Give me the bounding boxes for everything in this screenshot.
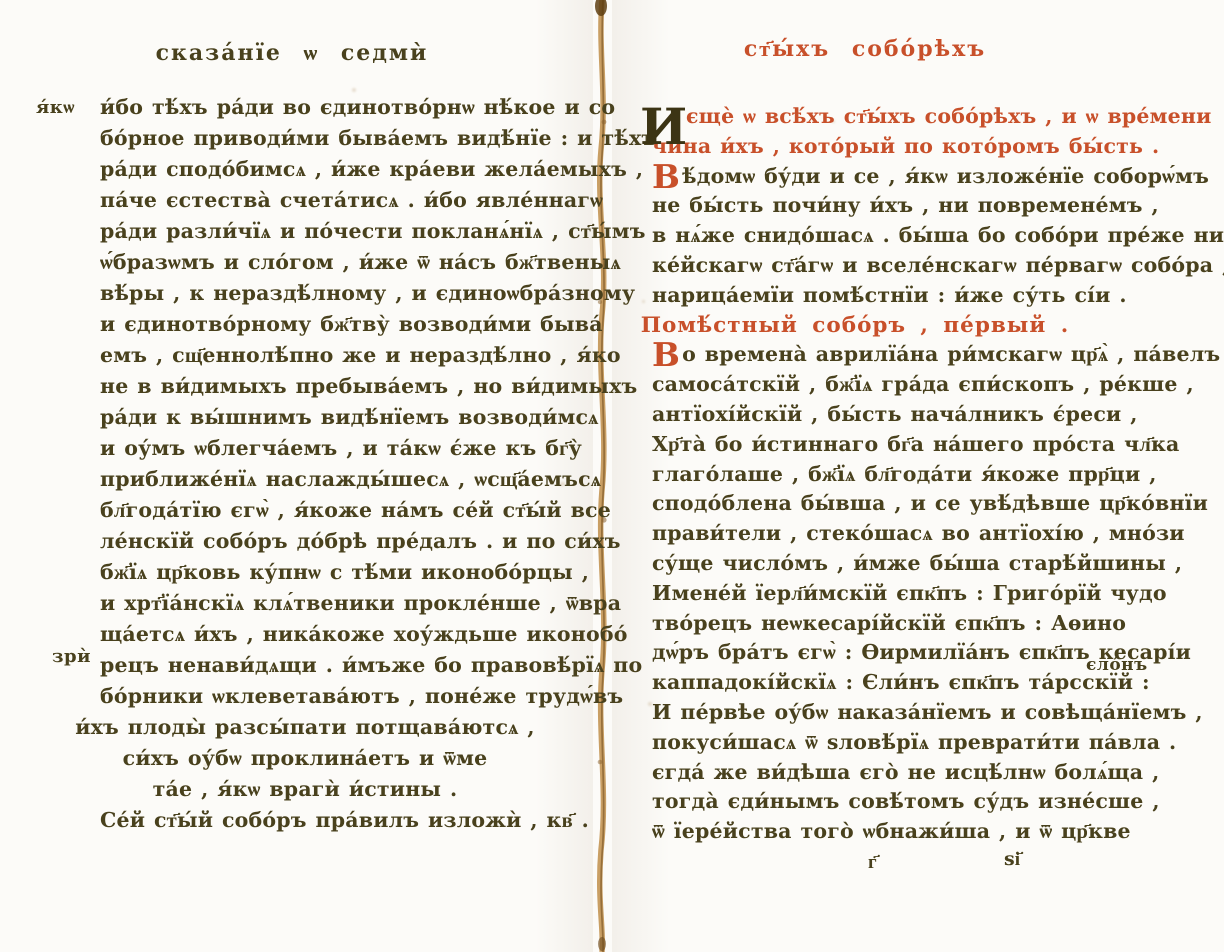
right-running-title: ст҃ы́хъ собо́рѣхъ [622, 36, 1108, 62]
paragraph: И пе́рвѣе оу́бѡ наказа́нїемъ и совѣща́нї… [652, 698, 1138, 847]
text-line: глаго́лаше , бж҃їѧ бл҃года́ти я́коже прр… [652, 460, 1138, 490]
text-line: прави́тели , стеко́шасѧ во антїохі́ю , м… [652, 519, 1138, 549]
text-line: и́хъ плоды̀ разсы́пати потщава́ютсѧ , [65, 712, 545, 743]
text-line: Хр҃та̀ бо и́стиннаго бг҃а на́шего про́ст… [652, 430, 1138, 460]
text-line: тогда̀ єди́нымъ совѣ́томъ су́дъ изне́сше… [652, 787, 1138, 817]
margin-note-zri: зрѝ [52, 646, 91, 667]
margin-note-jako: я́кѡ [36, 97, 75, 118]
text-line: ра́ди сподо́бимсѧ , и́же кра́еви жела́ем… [100, 154, 580, 185]
text-line: ле́нскїй собо́ръ до́брѣ пре́далъ . и по … [100, 526, 580, 557]
text-line: Иєщѐ ѡ всѣ́хъ ст҃ы́хъ собо́рѣхъ , и ѡ вр… [652, 102, 1138, 132]
text-line: су́ще число́мъ , и́мже бы́ша старѣ́йшины… [652, 549, 1138, 579]
folio-number: ѕі҃ [1004, 848, 1020, 871]
paragraph: Во времена̀ аврилїа́на ри́мскагѡ цр҃ѧ̀ ,… [652, 340, 1138, 698]
text-line: бж҃їѧ цр҃ковь ку́пнѡ с тѣ́ми иконобо́рцы… [100, 557, 580, 588]
text-line: чи́на и́хъ , кото́рый по кото́ромъ бы́ст… [652, 132, 1138, 162]
right-page-text: Иєщѐ ѡ всѣ́хъ ст҃ы́хъ собо́рѣхъ , и ѡ вр… [652, 102, 1138, 847]
right-page: ст҃ы́хъ собо́рѣхъ Иєщѐ ѡ всѣ́хъ ст҃ы́хъ … [652, 36, 1138, 936]
text-line: нарица́емїи помѣ́стнїи : и́же су́ть сі́и… [652, 281, 1138, 311]
text-line: И пе́рвѣе оу́бѡ наказа́нїемъ и совѣща́нї… [652, 698, 1138, 728]
text-line: па́че єстества̀ счета́тисѧ . и́бо явле́н… [100, 185, 580, 216]
text-line: Помѣ́стный собо́ръ , пе́рвый . [612, 311, 1098, 341]
text-line: бо́рное приводи́ми быва́емъ видѣ́нїе : и… [100, 123, 580, 154]
text-line: ке́йскагѡ ст҃а́гѡ и вселе́нскагѡ пе́рваг… [652, 251, 1138, 281]
left-page: сказа́нїе ѡ седмѝ и́бо тѣ́хъ ра́ди во єд… [100, 40, 580, 920]
text-line: в нѧ́же снидо́шасѧ . бы́ша бо собо́ри пр… [652, 221, 1138, 251]
text-line: приближе́нїѧ наслажды́шесѧ , ѡсщ҃а́емъсѧ [100, 464, 580, 495]
margin-note-elon: єло́нъ [1086, 655, 1148, 675]
text-line: Имене́й їерл҃и́мскїй єпк҃пъ : Григо́рїй … [652, 579, 1138, 609]
text-line: тво́рецъ неѡкесарі́йскїй єпк҃пъ : Аѳино [652, 609, 1138, 639]
text-line: не бы́сть почи́ну и́хъ , ни повремене́мъ… [652, 191, 1138, 221]
text-line: бл҃года́тїю єгѡ̀ , я́коже на́мъ се́й ст҃… [100, 495, 580, 526]
text-line: Вѣ́домѡ бу́ди и се , я́кѡ изложе́нїе соб… [652, 162, 1138, 192]
text-line: емъ , сщ҃еннолѣ́пно же и нераздѣ́лно , я… [100, 340, 580, 371]
book-scan: сказа́нїе ѡ седмѝ и́бо тѣ́хъ ра́ди во єд… [0, 0, 1224, 952]
text-line: си́хъ оу́бѡ проклина́етъ и ѿме [65, 743, 545, 774]
text-line: ра́ди к вы́шнимъ видѣ́нїемъ возводи́мсѧ [100, 402, 580, 433]
drop-cap-initial: В [652, 157, 680, 196]
paragraph: Иєщѐ ѡ всѣ́хъ ст҃ы́хъ собо́рѣхъ , и ѡ вр… [652, 102, 1138, 162]
left-page-text: и́бо тѣ́хъ ра́ди во єдинотво́рнѡ нѣ́кое … [100, 92, 580, 836]
text-line: и оу́мъ ѡблегча́емъ , и та́кѡ є́же къ бг… [100, 433, 580, 464]
text-line: сподо́блена бы́вша , и се увѣ́дѣвше цр҃к… [652, 489, 1138, 519]
paragraph: Вѣ́домѡ бу́ди и се , я́кѡ изложе́нїе соб… [652, 162, 1138, 311]
text-line: Во времена̀ аврилїа́на ри́мскагѡ цр҃ѧ̀ ,… [652, 340, 1138, 370]
text-line: не в ви́димыхъ пребыва́емъ , но ви́димых… [100, 371, 580, 402]
text-line: вѣ́ры , к нераздѣ́лному , и єдиноѡбра́зн… [100, 278, 580, 309]
paragraph: Помѣ́стный собо́ръ , пе́рвый . [652, 311, 1138, 341]
text-line: каппадокі́йскїѧ : Єли́нъ єпк҃пъ та́рсскї… [652, 668, 1138, 698]
text-line: рецъ ненави́дѧщи . и́мъже бо правовѣ́рїѧ… [100, 650, 580, 681]
text-line: ра́ди разли́чїѧ и по́чести покланѧ́нїѧ ,… [100, 216, 580, 247]
paper-speck [642, 300, 645, 303]
text-line: ѿ їере́йства того̀ ѡбнажи́ша , и ѿ цр҃кв… [652, 817, 1138, 847]
text-line: и хрт҃їа́нскїѧ клѧ́твеники прокле́нше , … [100, 588, 580, 619]
left-running-title: сказа́нїе ѡ седмѝ [52, 40, 532, 66]
text-line: ща́етсѧ и́хъ , ника́коже хоу́ждьше иконо… [100, 619, 580, 650]
text-line: Се́й ст҃ы́й собо́ръ пра́вилъ изложѝ , кв… [100, 805, 580, 836]
text-line: и єдинотво́рному бж҃тву̀ возводи́ми быва… [100, 309, 580, 340]
drop-cap-initial: В [652, 335, 680, 374]
text-line: антїохі́йскїй , бы́сть нача́лникъ є́реси… [652, 400, 1138, 430]
text-line: бо́рники ѡклеветава́ютъ , поне́же трудѡ́… [100, 681, 580, 712]
text-line: самоса́тскїй , бж҃їѧ гра́да єпи́скопъ , … [652, 370, 1138, 400]
text-line: ѡ́бразѡмъ и сло́гом , и́же ѿ на́съ бж҃тв… [100, 247, 580, 278]
quire-signature: г҃ [868, 851, 877, 874]
text-line: покуси́шасѧ ѿ ѕловѣ́рїѧ преврати́ти па́в… [652, 728, 1138, 758]
text-line: єгда́ же ви́дѣша єго̀ не исцѣ́лнѡ болѧ́щ… [652, 758, 1138, 788]
text-line: и́бо тѣ́хъ ра́ди во єдинотво́рнѡ нѣ́кое … [100, 92, 580, 123]
text-line: та́е , я́кѡ врагѝ и́стины . [65, 774, 545, 805]
text-line: дѡ́ръ бра́тъ єгѡ̀ : Ѳирмилїа́нъ єпк҃пъ к… [652, 638, 1138, 668]
